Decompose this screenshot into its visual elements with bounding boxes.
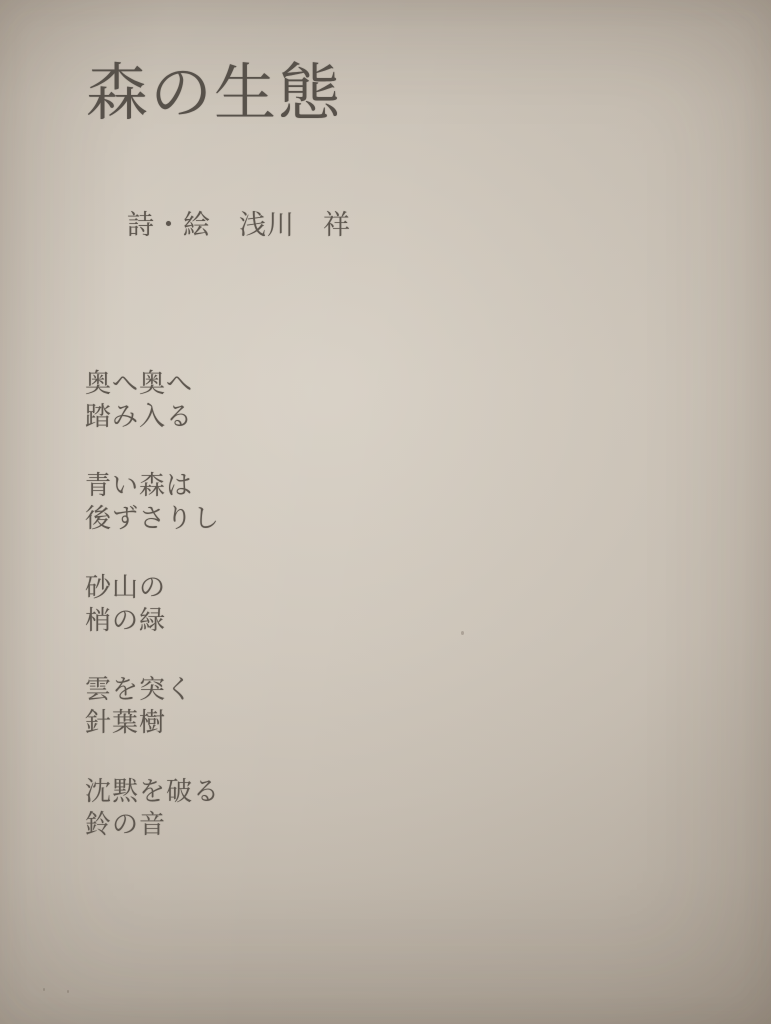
- credit-line: 詩・絵 浅川 祥: [127, 203, 351, 242]
- stanza-line: 踏み入る: [85, 400, 220, 433]
- dust-speck: [43, 988, 45, 991]
- stanza-line: 後ずさりし: [85, 502, 220, 535]
- stanza-line: 雲を突く: [85, 673, 220, 706]
- dust-speck: [461, 631, 464, 635]
- page-title: 森の生態: [86, 58, 342, 129]
- stanza: 奥へ奥へ 踏み入る: [85, 367, 220, 433]
- stanza: 砂山の 梢の緑: [85, 571, 220, 637]
- stanza-line: 鈴の音: [85, 808, 220, 841]
- stanza: 沈黙を破る 鈴の音: [85, 775, 220, 841]
- dust-speck: [67, 990, 69, 993]
- poem-body: 奥へ奥へ 踏み入る 青い森は 後ずさりし 砂山の 梢の緑 雲を突く 針葉樹 沈黙…: [85, 367, 220, 877]
- stanza-line: 針葉樹: [85, 706, 220, 739]
- photographed-page: 森の生態 詩・絵 浅川 祥 奥へ奥へ 踏み入る 青い森は 後ずさりし 砂山の 梢…: [0, 0, 771, 1024]
- stanza-line: 沈黙を破る: [85, 775, 220, 808]
- stanza-line: 梢の緑: [85, 604, 220, 637]
- stanza: 青い森は 後ずさりし: [85, 469, 220, 535]
- stanza-line: 青い森は: [85, 469, 220, 502]
- stanza-line: 砂山の: [85, 571, 220, 604]
- stanza: 雲を突く 針葉樹: [85, 673, 220, 739]
- stanza-line: 奥へ奥へ: [85, 367, 220, 400]
